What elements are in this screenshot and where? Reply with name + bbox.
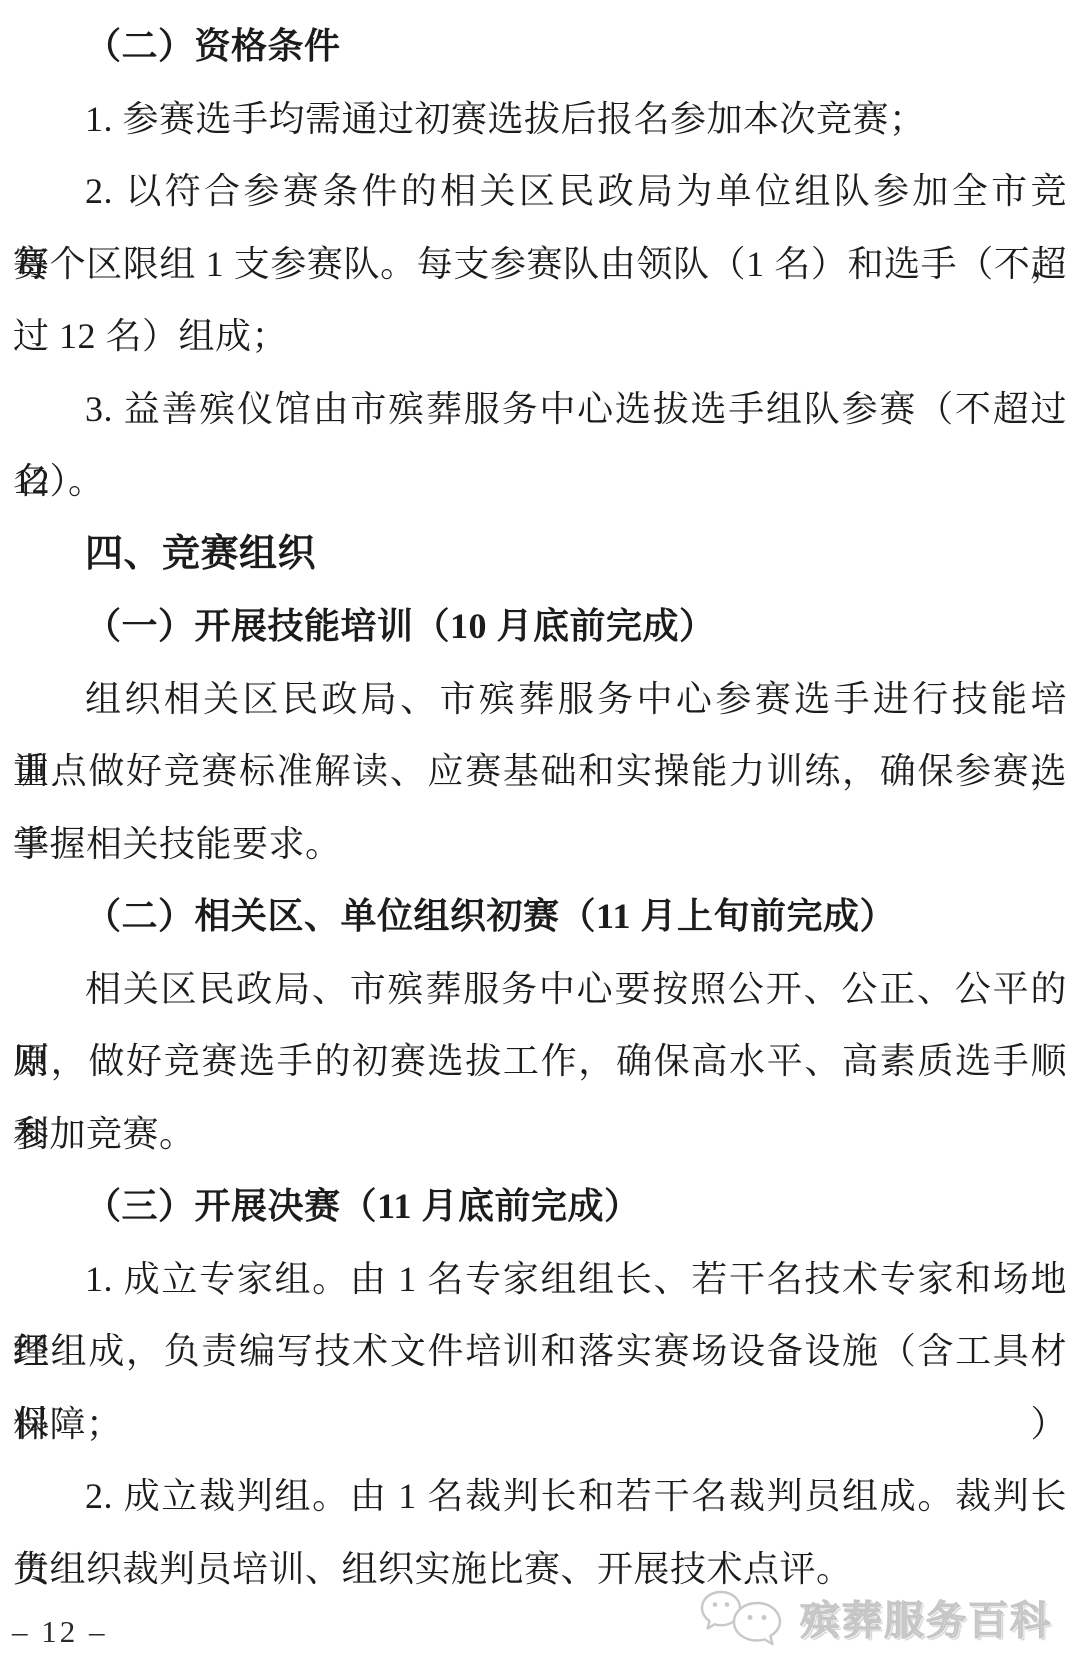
text-line: 组织相关区民政局、市殡葬服务中心参赛选手进行技能培训， xyxy=(13,663,1067,736)
text-line: 重点做好竞赛标准解读、应赛基础和实操能力训练，确保参赛选手 xyxy=(13,735,1067,808)
document-body: （二）资格条件1. 参赛选手均需通过初赛选拔后报名参加本次竞赛；2. 以符合参赛… xyxy=(13,10,1067,1605)
text-line: 名）。 xyxy=(13,445,1067,518)
watermark-label: 殡葬服务百科 xyxy=(800,1589,1052,1646)
watermark: 殡葬服务百科 xyxy=(697,1588,1052,1646)
text-line: 1. 成立专家组。由 1 名专家组组长、若干名技术专家和场地经 xyxy=(13,1243,1067,1316)
wechat-icon xyxy=(697,1588,792,1646)
text-line: 3. 益善殡仪馆由市殡葬服务中心选拔选手组队参赛（不超过 12 xyxy=(13,373,1067,446)
text-line: 则，做好竞赛选手的初赛选拔工作，确保高水平、高素质选手顺利 xyxy=(13,1025,1067,1098)
text-line: 参加竞赛。 xyxy=(13,1098,1067,1171)
text-line: 理组成，负责编写技术文件培训和落实赛场设备设施（含工具材料） xyxy=(13,1315,1067,1388)
heading-line: 四、竞赛组织 xyxy=(13,518,1067,591)
text-line: 掌握相关技能要求。 xyxy=(13,808,1067,881)
document-page: （二）资格条件1. 参赛选手均需通过初赛选拔后报名参加本次竞赛；2. 以符合参赛… xyxy=(0,0,1080,1661)
text-line: 每个区限组 1 支参赛队。每支参赛队由领队（1 名）和选手（不超 xyxy=(13,228,1067,301)
text-line: 2. 以符合参赛条件的相关区民政局为单位组队参加全市竞赛， xyxy=(13,155,1067,228)
heading-line: （一）开展技能培训（10 月底前完成） xyxy=(13,590,1067,663)
text-line: 过 12 名）组成； xyxy=(13,300,1067,373)
heading-line: （二）资格条件 xyxy=(13,10,1067,83)
text-line: 2. 成立裁判组。由 1 名裁判长和若干名裁判员组成。裁判长负 xyxy=(13,1460,1067,1533)
page-number: – 12 – xyxy=(12,1614,108,1650)
heading-line: （二）相关区、单位组织初赛（11 月上旬前完成） xyxy=(13,880,1067,953)
heading-line: （三）开展决赛（11 月底前完成） xyxy=(13,1170,1067,1243)
text-line: 相关区民政局、市殡葬服务中心要按照公开、公正、公平的原 xyxy=(13,953,1067,1026)
text-line: 1. 参赛选手均需通过初赛选拔后报名参加本次竞赛； xyxy=(13,83,1067,156)
